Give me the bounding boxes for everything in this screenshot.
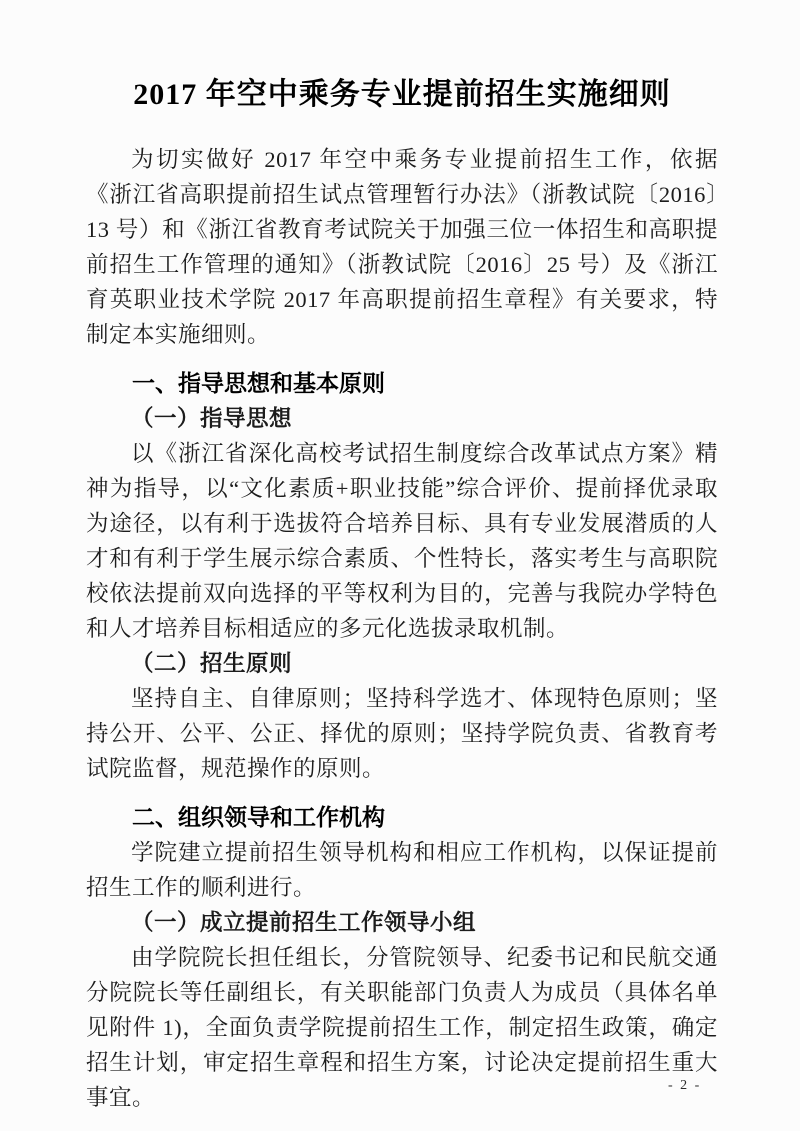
subsection-heading-1-1: （一）指导思想 <box>86 401 718 436</box>
body-paragraph-guiding-thought: 以《浙江省深化高校考试招生制度综合改革试点方案》精神为指导，以“文化素质+职业技… <box>86 436 718 646</box>
document-title: 2017 年空中乘务专业提前招生实施细则 <box>86 74 718 116</box>
section-heading-2: 二、组织领导和工作机构 <box>86 800 718 835</box>
body-paragraph-intro: 为切实做好 2017 年空中乘务专业提前招生工作，依据《浙江省高职提前招生试点管… <box>86 142 718 352</box>
subsection-heading-2-1: （一）成立提前招生工作领导小组 <box>86 905 718 940</box>
document-content: 2017 年空中乘务专业提前招生实施细则 为切实做好 2017 年空中乘务专业提… <box>86 74 718 1115</box>
document-page: 2017 年空中乘务专业提前招生实施细则 为切实做好 2017 年空中乘务专业提… <box>0 0 800 1131</box>
body-paragraph-organization: 学院建立提前招生领导机构和相应工作机构，以保证提前招生工作的顺利进行。 <box>86 835 718 905</box>
subsection-heading-1-2: （二）招生原则 <box>86 646 718 681</box>
body-paragraph-leading-group: 由学院院长担任组长，分管院领导、纪委书记和民航交通分院院长等任副组长，有关职能部… <box>86 940 718 1115</box>
section-heading-1: 一、指导思想和基本原则 <box>86 366 718 401</box>
page-number: - 2 - <box>668 1078 701 1094</box>
body-paragraph-principles: 坚持自主、自律原则；坚持科学选才、体现特色原则；坚持公开、公平、公正、择优的原则… <box>86 681 718 786</box>
